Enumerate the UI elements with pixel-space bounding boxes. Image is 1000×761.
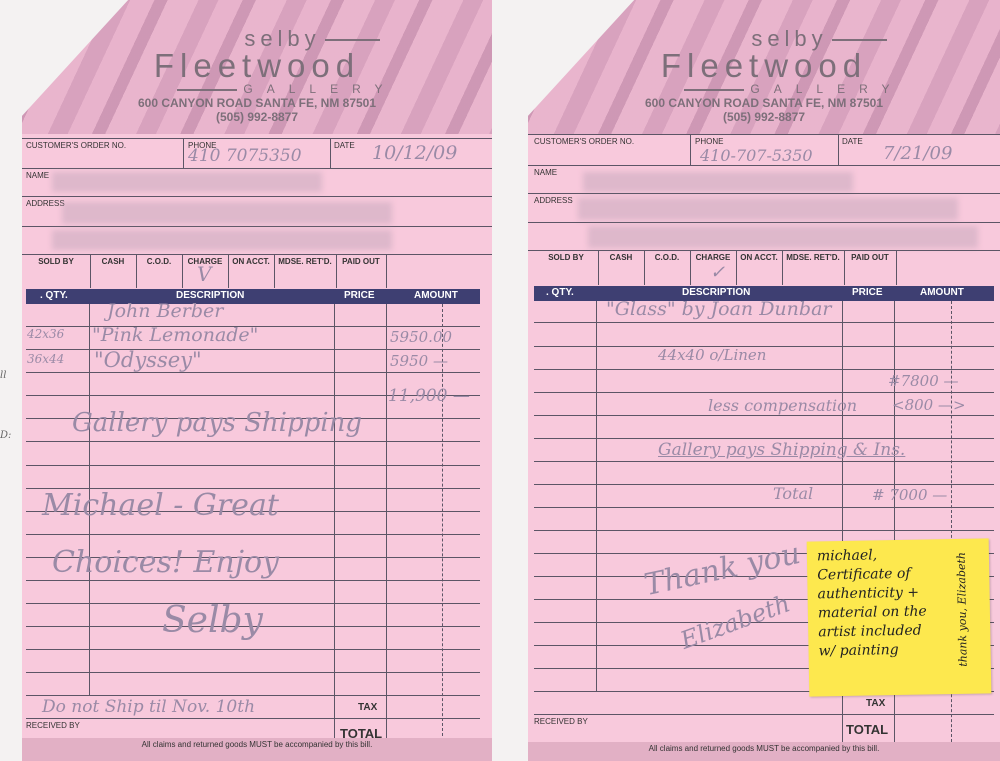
date-value: 7/21/09 xyxy=(883,143,952,164)
redacted-address-line2 xyxy=(52,230,392,250)
qty-column-divider xyxy=(596,301,597,691)
name-label: NAME xyxy=(534,168,557,177)
divider xyxy=(22,168,492,169)
mdse-retd-label: MDSE. RET'D. xyxy=(274,257,336,266)
logo-gallery: GALLERY xyxy=(82,82,492,96)
rule xyxy=(534,415,994,416)
qty-header: . QTY. xyxy=(546,287,574,298)
signature: Selby xyxy=(162,600,263,641)
rule xyxy=(26,441,480,442)
date-value: 10/12/09 xyxy=(372,142,457,164)
rule xyxy=(534,369,994,370)
name-label: NAME xyxy=(26,171,49,180)
total-label: TOTAL xyxy=(846,722,888,737)
price-header: PRICE xyxy=(852,287,883,298)
customer-order-label: CUSTOMER'S ORDER NO. xyxy=(26,141,126,150)
footer-note: Do not Ship til Nov. 10th xyxy=(42,697,255,717)
rule xyxy=(534,392,994,393)
line-2-description: 44x40 o/Linen xyxy=(658,346,766,364)
margin-mark: ll xyxy=(0,370,6,381)
rule xyxy=(26,672,480,673)
line-2-amount: 5950.00 xyxy=(390,328,452,346)
column-header-bar: . QTY. DESCRIPTION PRICE AMOUNT xyxy=(26,289,480,304)
divider xyxy=(896,250,897,285)
note-line-2: Choices! Enjoy xyxy=(52,545,279,580)
mdse-retd-label: MDSE. RET'D. xyxy=(782,253,844,262)
line-2-qty: 42x36 xyxy=(27,327,64,341)
rule xyxy=(534,484,994,485)
rule xyxy=(26,649,480,650)
redacted-name xyxy=(583,172,853,192)
rule xyxy=(534,714,994,715)
price-header: PRICE xyxy=(344,290,375,301)
price-column-divider xyxy=(386,304,387,746)
rule xyxy=(534,530,994,531)
divider xyxy=(22,138,492,139)
tax-label: TAX xyxy=(358,702,377,713)
claims-notice: All claims and returned goods MUST be ac… xyxy=(528,744,1000,753)
redacted-address-line2 xyxy=(588,226,978,248)
divider xyxy=(22,254,492,255)
divider xyxy=(22,226,492,227)
divider xyxy=(330,138,331,168)
qty-header: . QTY. xyxy=(40,290,68,301)
line-2-description: "Pink Lemonade" xyxy=(92,324,258,346)
on-acct-label: ON ACCT. xyxy=(736,253,782,262)
address-label: ADDRESS xyxy=(534,196,573,205)
divider xyxy=(528,165,1000,166)
note-line-1: Michael - Great xyxy=(42,488,279,523)
divider xyxy=(838,134,839,165)
divider xyxy=(528,222,1000,223)
line-4-amount: 11,900 — xyxy=(388,386,470,406)
line-5-description: Gallery pays Shipping xyxy=(72,408,362,438)
date-label: DATE xyxy=(334,141,355,150)
receipt-left: selby Fleetwood GALLERY 600 CANYON ROAD … xyxy=(22,0,492,761)
cod-label: C.O.D. xyxy=(136,257,182,266)
redacted-address xyxy=(578,198,958,220)
redacted-name xyxy=(52,172,322,192)
divider xyxy=(690,134,691,165)
charge-checkmark: ✓ xyxy=(710,262,725,283)
charge-label: CHARGE xyxy=(690,253,736,262)
rule xyxy=(534,322,994,323)
rule xyxy=(534,438,994,439)
line-3-description: "Odyssey" xyxy=(94,348,202,372)
rule xyxy=(26,718,480,719)
divider xyxy=(528,134,1000,135)
line-1-description: John Berber xyxy=(107,300,223,322)
line-6-description: Total xyxy=(773,484,813,503)
rule xyxy=(26,695,480,696)
redacted-address xyxy=(62,202,392,224)
phone-label: PHONE xyxy=(695,137,723,146)
rule xyxy=(534,461,994,462)
rule xyxy=(26,534,480,535)
footer: All claims and returned goods MUST be ac… xyxy=(22,738,492,761)
desc-column-divider xyxy=(334,304,335,746)
rule xyxy=(26,580,480,581)
received-by-label: RECEIVED BY xyxy=(26,721,80,730)
cod-label: C.O.D. xyxy=(644,253,690,262)
received-by-label: RECEIVED BY xyxy=(534,717,588,726)
rule xyxy=(26,465,480,466)
torn-corner xyxy=(22,0,130,118)
line-6-amount: # 7000 — xyxy=(872,486,947,504)
rule xyxy=(26,372,480,373)
sticky-note-text: michael, Certificate of authenticity + m… xyxy=(817,545,959,661)
sticky-note: michael, Certificate of authenticity + m… xyxy=(807,538,992,696)
line-3-amount: 5950 — xyxy=(390,352,448,370)
torn-corner xyxy=(528,0,636,118)
date-label: DATE xyxy=(842,137,863,146)
paid-out-label: PAID OUT xyxy=(336,257,386,266)
phone-value: 410-707-5350 xyxy=(700,146,813,165)
amount-header: AMOUNT xyxy=(920,287,964,298)
line-1-description: "Glass" by Joan Dunbar xyxy=(606,298,831,320)
charge-checkmark: V xyxy=(197,262,211,286)
divider xyxy=(386,254,387,288)
line-3-amount: #7800 — xyxy=(888,372,959,390)
on-acct-label: ON ACCT. xyxy=(228,257,274,266)
cash-label: CASH xyxy=(598,253,644,262)
line-4-description: less compensation xyxy=(708,396,857,415)
divider xyxy=(183,138,184,168)
line-5-description: Gallery pays Shipping & Ins. xyxy=(658,440,905,460)
claims-notice: All claims and returned goods MUST be ac… xyxy=(22,740,492,749)
divider xyxy=(22,196,492,197)
sold-by-label: SOLD BY xyxy=(26,257,86,266)
footer: All claims and returned goods MUST be ac… xyxy=(528,742,1000,761)
divider xyxy=(528,193,1000,194)
margin-mark: D: xyxy=(0,430,11,441)
address-label: ADDRESS xyxy=(26,199,65,208)
description-header: DESCRIPTION xyxy=(682,287,750,298)
customer-order-label: CUSTOMER'S ORDER NO. xyxy=(534,137,634,146)
phone-value: 410 7075350 xyxy=(188,146,302,166)
line-4-amount: <800 —> xyxy=(892,396,966,414)
sold-by-label: SOLD BY xyxy=(534,253,598,262)
cents-divider xyxy=(442,304,443,746)
cash-label: CASH xyxy=(90,257,136,266)
tax-label: TAX xyxy=(866,698,885,709)
paid-out-label: PAID OUT xyxy=(844,253,896,262)
amount-header: AMOUNT xyxy=(414,290,458,301)
logo-gallery: GALLERY xyxy=(588,82,1000,96)
rule xyxy=(534,507,994,508)
line-3-qty: 36x44 xyxy=(27,352,64,366)
sticky-note-side-text: thank you, Elizabeth xyxy=(955,552,970,667)
